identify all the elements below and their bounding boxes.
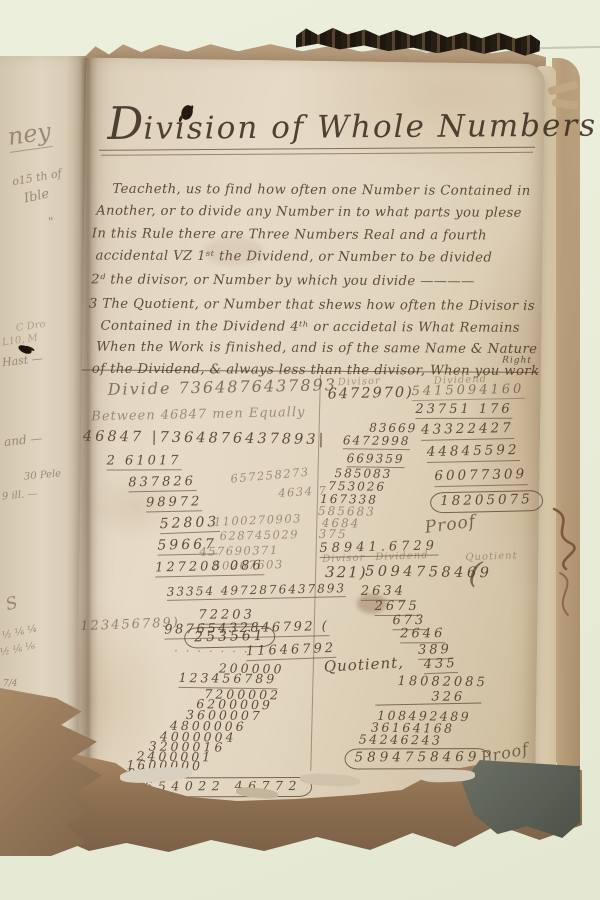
work-number: 52803	[159, 515, 219, 534]
left-page-fragment: ½ ⅙ ⅙	[0, 641, 36, 658]
intro-line: Teacheth, us to find how often one Numbe…	[112, 183, 530, 198]
scratch-number: 457690371	[199, 545, 279, 558]
work-number: 753026	[328, 480, 386, 493]
work-number: 54246243	[359, 733, 443, 747]
boxed-result: 18205075	[430, 490, 543, 513]
left-page-fragment: S	[4, 595, 20, 614]
left-page-fragment: ½ ⅙ ¼	[1, 624, 38, 641]
binding-threads	[544, 505, 586, 625]
division-setup: 46847 |7364876437893|	[83, 430, 327, 448]
work-number: 23751 176	[415, 403, 512, 419]
left-page-fragment: and —	[3, 432, 42, 448]
scratch-number: 50267603	[213, 559, 284, 572]
division-setup: 321)	[325, 565, 368, 581]
left-page-fragment: C Dro	[15, 320, 46, 334]
work-number: 6472998	[343, 434, 411, 450]
problem-prompt: Divide 7364876437893	[108, 377, 338, 398]
division-setup: 5415094160	[411, 383, 524, 401]
manuscript-photo: { "photo": { "background_color": "#e9edd…	[0, 0, 600, 900]
division-setup: 98765432846792 (	[164, 620, 329, 639]
work-number: 60077309	[434, 468, 527, 486]
work-number: 33354 4972876437893	[167, 582, 347, 601]
intro-line: In this Rule there are Three Numbers Rea…	[92, 227, 487, 242]
work-number: 837826	[128, 475, 196, 492]
intro-line: Another, or to divide any Number in to w…	[96, 205, 522, 220]
work-number: 83669	[369, 422, 417, 435]
intro-line: Contained in the Dividend 4ᵗʰ or accidet…	[101, 320, 520, 335]
division-setup: 6472970)	[327, 386, 414, 402]
left-page-fragment: o15 th of	[11, 168, 62, 187]
left-page-fragment: "	[48, 216, 54, 228]
work-dots: · · · · · · ·	[174, 645, 250, 658]
scratch-number: 628745029	[220, 529, 300, 542]
intro-line: When the Work is finished, and is of the…	[96, 341, 537, 357]
work-number: 435	[424, 657, 458, 674]
spine-gutter-shadow	[80, 58, 98, 806]
page-title: Division of Whole Numbers	[107, 94, 597, 150]
division-paren: (	[467, 558, 486, 590]
work-rule	[375, 702, 481, 705]
left-page-fragment: ney	[6, 119, 53, 153]
left-page-fragment: 30 Pele	[24, 469, 62, 482]
intro-note-right: Right	[502, 355, 532, 365]
work-number: 18082085	[398, 675, 488, 689]
work-number: 585083	[334, 467, 392, 480]
stain	[357, 593, 387, 613]
problem-prompt: Between 46847 men Equally	[91, 406, 305, 423]
stain	[203, 237, 263, 266]
scratch-number: 1100270903	[214, 513, 303, 528]
column-label: Dividend	[375, 550, 429, 563]
left-page-fragment: 9 ill. —	[2, 489, 38, 502]
work-number: 44845592	[427, 444, 520, 462]
page: Division of Whole Numbers Teacheth, us t…	[76, 58, 545, 811]
scratch-number: 657258273	[230, 467, 310, 486]
left-page-fragment: Hast —	[2, 353, 44, 368]
work-number: 2 61017	[107, 454, 182, 470]
work-number: 375	[319, 528, 348, 540]
proof-label: Proof	[424, 514, 477, 537]
intro-line: accidental VZ 1ˢᵗ the Dividend, or Numbe…	[95, 249, 492, 264]
work-number: 2646	[400, 627, 445, 643]
work-number: 43322427	[421, 422, 514, 440]
quotient-label: Quotient,	[323, 655, 404, 674]
intro-line: 2ᵈ the divisor, or Number by which you d…	[91, 273, 474, 288]
work-number: 98972	[146, 495, 203, 512]
title-underline	[101, 152, 533, 156]
boxed-result: 5894758469	[344, 748, 490, 769]
intro-line: 3 The Quotient, or Number that shews how…	[89, 298, 535, 314]
left-page-fragment: Ible	[23, 188, 50, 206]
